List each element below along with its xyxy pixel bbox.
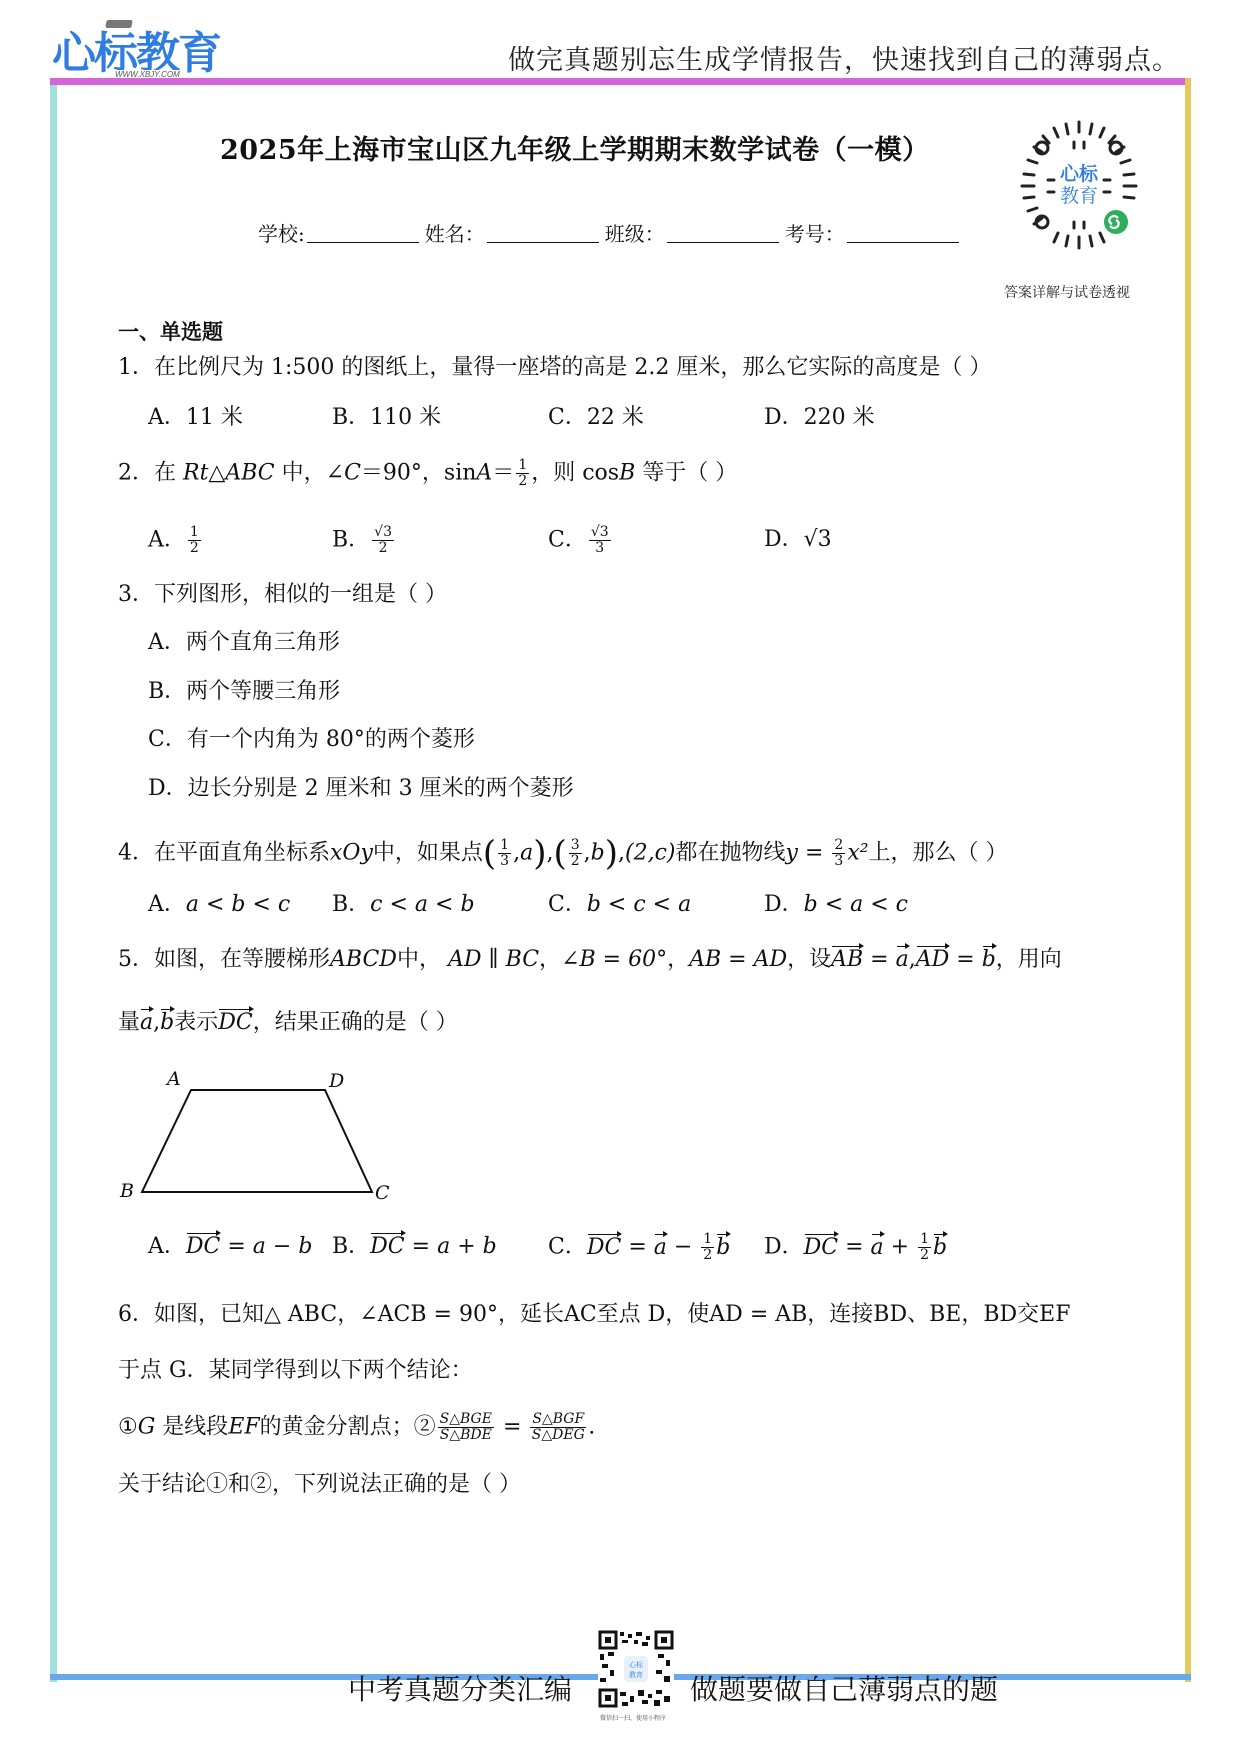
question-stem: 在比例尺为 1:500 的图纸上，量得一座塔的高是 2.2 厘米，那么它实际的高… [154,355,991,380]
frame-right-border [1185,78,1191,1682]
vector-a: a [140,1008,153,1038]
operator: + [884,1235,916,1260]
numerator: S△BGE [438,1412,494,1428]
option-key: D． [764,527,804,552]
condition-equal: AB = AD [689,947,787,972]
circled-1: ① [118,1415,138,1440]
text: 在平面直角坐标系 [154,841,330,866]
operator: − [667,1235,699,1260]
option-text: a < b < c [186,892,290,917]
vector-b: b [716,1233,730,1263]
fraction: 12 [918,1232,931,1263]
vector-dc: DC [804,1233,838,1263]
condition-parallel: AD ∥ BC [448,947,539,972]
text: 在 [154,461,183,486]
svg-text:心标: 心标 [629,1660,644,1669]
question-number: 5． [118,947,154,972]
paren: ) [605,834,618,874]
header-slogan: 做完真题别忘生成学情报告，快速找到自己的薄弱点。 [508,38,1180,77]
numerator: S△BGF [530,1412,586,1428]
text: ，结果正确的是（ ） [253,1010,458,1035]
equals: = [798,841,830,866]
q2-option-c[interactable]: C．√33 [548,525,613,556]
question-stem: 如图，已知△ ABC，∠ACB = 90°，延长AC至点 D，使AD = AB，… [154,1302,1070,1327]
vector-a: a [896,945,909,975]
q3-option-d[interactable]: D．边长分别是 2 厘米和 3 厘米的两个菱形 [148,774,574,804]
vector-a: a [654,1233,667,1263]
vector-dc: DC [587,1233,621,1263]
graduation-cap-icon [105,20,132,28]
fraction: √32 [372,525,394,556]
vector-dc: DC [370,1232,404,1262]
exam-number-field[interactable] [847,241,959,243]
footer-qr-caption: 微信扫一扫，使用小程序 [600,1713,666,1722]
denominator: 2 [518,474,527,489]
option-text: 110 米 [370,405,441,430]
fraction: 12 [188,525,201,556]
question-number: 1． [118,355,154,380]
option-key: A． [148,630,186,655]
fraction: √33 [589,525,611,556]
segment-ef: EF [228,1415,259,1440]
comma: , [909,947,916,972]
question-6-conclusions: ①G 是线段EF的黄金分割点；②S△BGES△BDE = S△BGFS△DEG. [118,1412,595,1443]
condition-angle: ∠B = 60° [561,947,667,972]
paren: ) [533,834,546,874]
numerator: 1 [701,1232,714,1248]
option-key: D． [764,1235,804,1260]
denominator: 3 [595,541,604,556]
question-stem: 下列图形，相似的一组是（ ） [154,582,447,607]
vector-dc: DC [186,1232,220,1262]
option-expression: a + b [437,1234,497,1259]
coord-system: xOy [330,841,373,866]
question-stem: 关于结论①和②，下列说法正确的是（ ） [118,1472,521,1497]
var-a: A [476,461,492,486]
vector-b: b [933,1233,947,1263]
option-text: √3 [804,527,832,552]
trapezoid-diagram [115,1072,415,1212]
question-1: 1．在比例尺为 1:500 的图纸上，量得一座塔的高是 2.2 厘米，那么它实际… [118,353,991,383]
text: ＝ [492,461,514,486]
option-key: A． [148,405,186,430]
footer-right-text: 做题要做自己薄弱点的题 [690,1668,998,1708]
question-number: 6． [118,1302,154,1327]
question-6-line-2: 于点 G．某同学得到以下两个结论： [118,1356,473,1386]
text: 如图，在等腰梯形 [154,947,330,972]
option-key: D． [764,892,804,917]
q5-option-d[interactable]: D．DC = a + 12b [764,1232,947,1263]
text: ， [539,947,561,972]
question-number: 4． [118,841,154,866]
fraction: 12 [516,458,529,489]
text: 是线段 [155,1415,228,1440]
denominator: 2 [571,854,580,869]
school-label: 学校: [258,218,305,247]
school-field[interactable] [307,241,419,243]
option-key: B． [148,679,186,704]
equals: = [496,1415,528,1440]
option-key: A． [148,892,186,917]
denominator: 2 [379,541,388,556]
paren: ( [483,834,496,874]
denominator: S△BDE [440,1428,492,1443]
option-key: C． [548,528,587,553]
text: ，设 [787,947,831,972]
fraction: 12 [701,1232,714,1263]
numerator: 1 [188,525,201,541]
q3-option-a[interactable]: A．两个直角三角形 [148,628,340,658]
vector-b: b [160,1008,174,1038]
option-text: 11 米 [186,405,243,430]
section-title: 一、单选题 [118,316,223,346]
numerator: √3 [372,525,394,541]
text: 等于（ ） [635,461,737,486]
question-number: 3． [118,582,154,607]
class-field[interactable] [667,241,779,243]
numerator: √3 [589,525,611,541]
var-b: B [619,461,635,486]
option-text: b < c < a [587,892,691,917]
period: . [588,1415,595,1440]
text: 都在抛物线 [676,841,786,866]
exam-number-label: 考号： [785,218,845,247]
student-info-row: 学校: 姓名： 班级： 考号： [258,218,965,247]
fraction: 13 [498,838,511,869]
option-text: c < a < b [370,892,474,917]
q1-option-c[interactable]: C．22 米 [548,403,644,433]
question-number: 2． [118,461,154,486]
option-text: 有一个内角为 80°的两个菱形 [187,727,475,752]
option-key: D． [148,776,188,801]
qr-caption: 答案详解与试卷透视 [1004,282,1130,302]
question-5-line-1: 5．如图，在等腰梯形ABCD中， AD ∥ BC，∠B = 60°，AB = A… [118,945,1062,975]
option-text: 22 米 [587,405,644,430]
vertex-label-c: C [375,1182,390,1204]
paren: ( [553,834,566,874]
text: ， [667,947,689,972]
q5-option-b[interactable]: B．DC = a + b [332,1232,497,1262]
point-g: G [138,1415,156,1440]
option-key: A． [148,528,186,553]
question-4: 4．在平面直角坐标系xOy中，如果点(13,a),(32,b),(2,c)都在抛… [118,838,1008,869]
q3-option-b[interactable]: B．两个等腰三角形 [148,677,340,707]
vertex-label-a: A [167,1068,181,1090]
option-key: C． [148,727,187,752]
name-field[interactable] [487,241,599,243]
vector-b: b [982,945,996,975]
option-key: D． [764,405,804,430]
q4-option-a[interactable]: A．a < b < c [148,890,290,920]
question-stem: 于点 G．某同学得到以下两个结论： [118,1358,473,1383]
var-b: b [591,841,605,866]
option-key: C． [548,1235,587,1260]
question-5-line-2: 量a,b表示DC，结果正确的是（ ） [118,1008,458,1038]
question-2: 2．在 Rt△ABC 中，∠C＝90°，sinA＝12，则 cosB 等于（ ） [118,458,737,489]
option-key: C． [548,892,587,917]
denominator: 2 [920,1248,929,1263]
text: ＝90°，sin [361,461,477,486]
text: 表示 [174,1010,218,1035]
text: 中， [397,947,448,972]
denominator: 2 [190,541,199,556]
fraction: 23 [832,838,845,869]
option-text: 220 米 [804,405,875,430]
numerator: 1 [918,1232,931,1248]
area-ratio-1: S△BGES△BDE [438,1412,494,1443]
vector-ad: AD [916,945,950,975]
point-3: (2,c) [625,841,675,866]
q2-option-d[interactable]: D．√3 [764,525,832,555]
q3-option-c[interactable]: C．有一个内角为 80°的两个菱形 [148,725,475,755]
vector-ab: AB [831,945,863,975]
numerator: 2 [832,838,845,854]
q1-option-a[interactable]: A．11 米 [148,403,243,433]
q2-option-b[interactable]: B．√32 [332,525,396,556]
option-text: 两个等腰三角形 [186,679,340,704]
question-3: 3．下列图形，相似的一组是（ ） [118,580,447,610]
numerator: 1 [516,458,529,474]
text: ，则 cos [531,461,619,486]
denominator: 2 [703,1248,712,1263]
equals: = [949,947,981,972]
text: 上，那么（ ） [869,841,1008,866]
trapezoid-figure: A D B C [115,1072,415,1212]
question-6-line-1: 6．如图，已知△ ABC，∠ACB = 90°，延长AC至点 D，使AD = A… [118,1300,1070,1330]
q5-option-c[interactable]: C．DC = a − 12b [548,1232,730,1263]
q1-option-b[interactable]: B．110 米 [332,403,441,433]
footer-qr-code-icon[interactable]: 心标 教育 [598,1630,674,1712]
question-6-line-4: 关于结论①和②，下列说法正确的是（ ） [118,1470,521,1500]
text: 量 [118,1010,140,1035]
numerator: 3 [569,838,582,854]
q1-option-d[interactable]: D．220 米 [764,403,875,433]
vertex-label-b: B [120,1180,134,1202]
denominator: S△DEG [532,1428,585,1443]
option-expression: a − b [253,1234,313,1259]
class-label: 班级： [605,218,665,247]
vector-dc: DC [218,1008,252,1038]
x-squared: x² [847,841,868,866]
denominator: 3 [834,854,843,869]
var-y: y [786,841,798,866]
vertex-label-d: D [329,1070,344,1092]
option-key: A． [148,1234,186,1259]
option-key: B． [332,892,370,917]
footer-left-text: 中考真题分类汇编 [348,1668,572,1708]
area-ratio-2: S△BGFS△DEG [530,1412,586,1443]
q4-option-c[interactable]: C．b < c < a [548,890,691,920]
option-key: B． [332,405,370,430]
mini-program-qr-icon[interactable]: 心标 教育 [1012,118,1146,252]
option-text: 边长分别是 2 厘米和 3 厘米的两个菱形 [188,776,574,801]
text: 的黄金分割点；② [260,1415,436,1440]
option-text: 两个直角三角形 [186,630,340,655]
text: 中，∠ [275,461,344,486]
brand-logo: 心标教育 WWW.XBJY.COM [52,26,220,76]
var-c: C [344,461,361,486]
svg-text:教育: 教育 [629,1670,643,1679]
exam-title: 2025年上海市宝山区九年级上学期期末数学试卷（一模） [220,128,930,167]
q4-option-b[interactable]: B．c < a < b [332,890,475,920]
equals: = [863,947,895,972]
comma: , [153,1010,160,1035]
var-a: a [520,841,533,866]
option-key: C． [548,405,587,430]
text: ，用向 [996,947,1062,972]
denominator: 3 [500,854,509,869]
trapezoid-name: ABCD [330,947,397,972]
vector-a: a [871,1233,884,1263]
svg-text:教育: 教育 [1060,185,1098,207]
svg-text:心标: 心标 [1060,162,1099,185]
option-key: B． [332,528,370,553]
q4-option-d[interactable]: D．b < a < c [764,890,908,920]
name-label: 姓名： [425,218,485,247]
numerator: 1 [498,838,511,854]
frame-top-border [50,78,1185,85]
fraction: 32 [569,838,582,869]
q2-option-a[interactable]: A．12 [148,525,203,556]
text: 中，如果点 [373,841,483,866]
option-key: B． [332,1234,370,1259]
option-text: b < a < c [804,892,908,917]
triangle-name: Rt△ABC [183,461,275,486]
frame-left-border [50,85,57,1682]
q5-option-a[interactable]: A．DC = a − b [148,1232,312,1262]
